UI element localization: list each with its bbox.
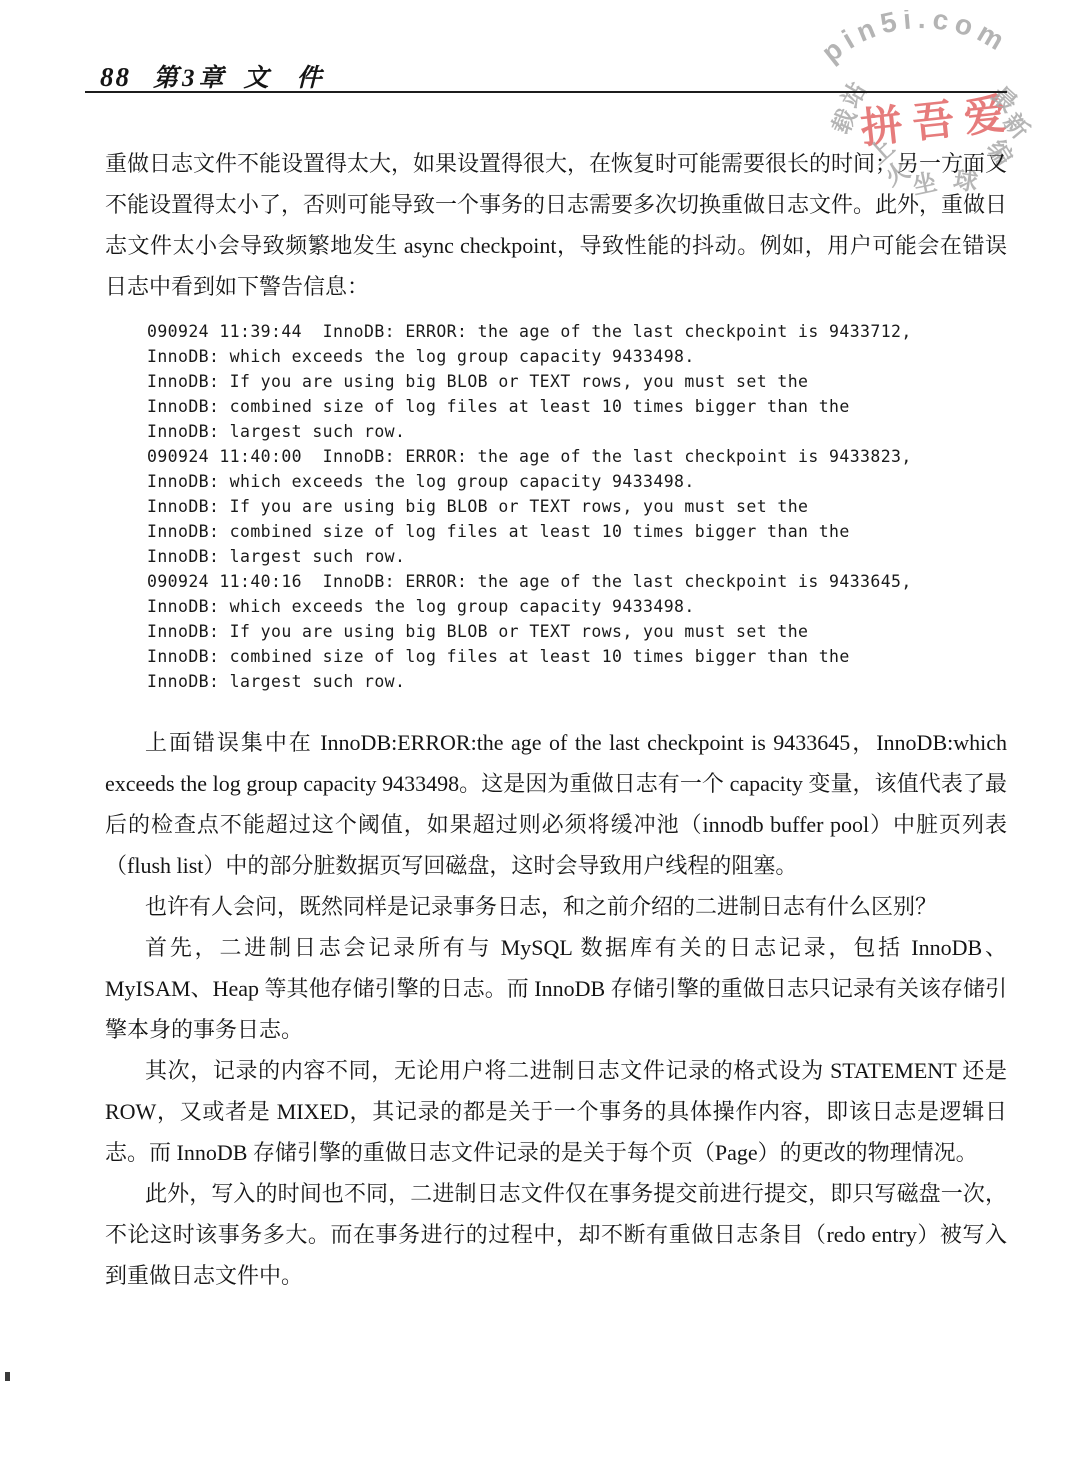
running-head: 88 第3章 文件 — [100, 58, 350, 94]
page-number: 88 — [100, 62, 131, 92]
paragraph-redo-log-size: 重做日志文件不能设置得太大，如果设置得很大，在恢复时可能需要很长的时间；另一方面… — [105, 143, 1007, 307]
watermark-ring-char: 载 — [821, 102, 863, 138]
chapter-title: 文件 — [244, 65, 350, 92]
paragraph-difference-third: 此外，写入的时间也不同，二进制日志文件仅在事务提交前进行提交，即只写磁盘一次，不… — [105, 1173, 1007, 1296]
chapter-label: 第3章 — [153, 65, 228, 92]
watermark-arc-text: pin5i.com — [816, 10, 1015, 68]
page-body: 重做日志文件不能设置得太大，如果设置得很大，在恢复时可能需要很长的时间；另一方面… — [105, 143, 1007, 1296]
header-rule — [85, 91, 1007, 93]
paragraph-difference-first: 首先，二进制日志会记录所有与 MySQL 数据库有关的日志记录，包括 InnoD… — [105, 927, 1007, 1050]
scan-artifact-dot — [5, 1372, 10, 1381]
watermark-ring-char: 站 — [831, 74, 873, 112]
svg-text:pin5i.com: pin5i.com — [816, 10, 1015, 68]
paragraph-error-analysis: 上面错误集中在 InnoDB:ERROR:the age of the last… — [105, 722, 1007, 886]
watermark-ring-char: 最 — [985, 76, 1026, 118]
paragraph-question: 也许有人会问，既然同样是记录事务日志，和之前介绍的二进制日志有什么区别？ — [105, 886, 1007, 927]
error-log-block: 090924 11:39:44 InnoDB: ERROR: the age o… — [147, 319, 1007, 694]
watermark-ring-char: 新 — [997, 104, 1039, 145]
paragraph-difference-second: 其次，记录的内容不同，无论用户将二进制日志文件记录的格式设为 STATEMENT… — [105, 1050, 1007, 1173]
